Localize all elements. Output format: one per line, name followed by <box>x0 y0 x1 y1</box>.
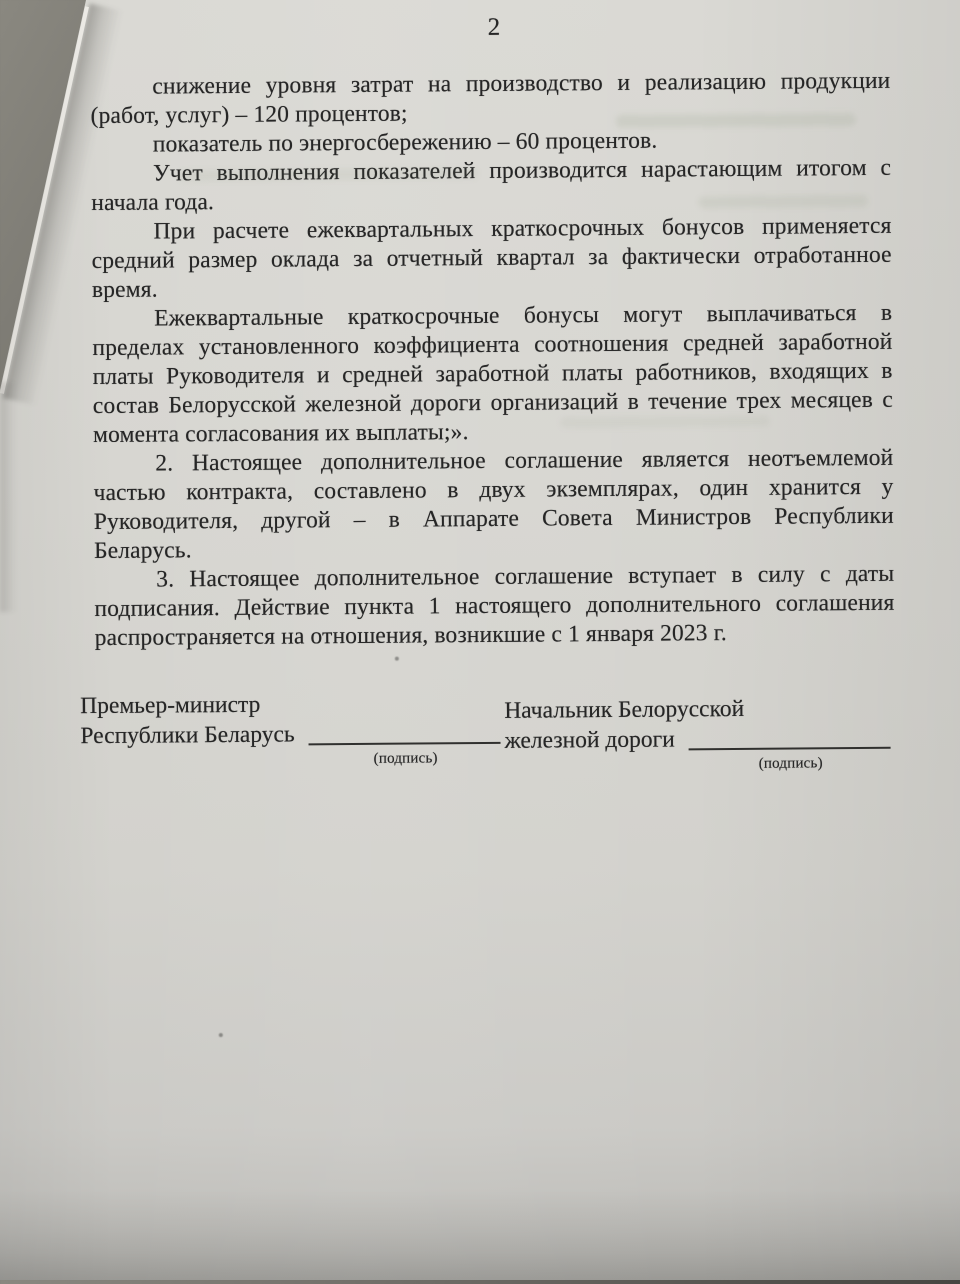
paper-speck <box>219 1033 223 1037</box>
signer-title: Премьер-министр <box>80 688 500 721</box>
signer-title: Республики Беларусь <box>80 719 294 751</box>
ink-bleedthrough-smudge <box>178 168 478 181</box>
page-content: 2 снижение уровня затрат на производство… <box>0 0 960 1280</box>
paper-speck <box>395 657 399 661</box>
signature-caption: (подпись) <box>691 754 891 774</box>
ink-bleedthrough-smudge <box>698 195 868 208</box>
signature-line <box>689 747 891 751</box>
signer-title: Начальник Белорусской <box>504 693 890 726</box>
ink-bleedthrough-smudge <box>616 113 856 128</box>
body-text-line: распространяется на отношения, возникшие… <box>95 618 895 653</box>
page-number: 2 <box>14 9 960 47</box>
signature-caption: (подпись) <box>311 749 501 768</box>
signature-line <box>309 742 501 746</box>
body-text: снижение уровня затрат на производство и… <box>90 67 895 653</box>
signature-block-left: Премьер-министр Республики Беларусь (под… <box>80 688 501 770</box>
document-sheet: 2 снижение уровня затрат на производство… <box>0 0 960 1280</box>
signature-block-right: Начальник Белорусской железной дороги (п… <box>504 693 891 775</box>
signer-title: железной дороги <box>504 724 675 755</box>
ink-bleedthrough-smudge <box>560 416 770 429</box>
